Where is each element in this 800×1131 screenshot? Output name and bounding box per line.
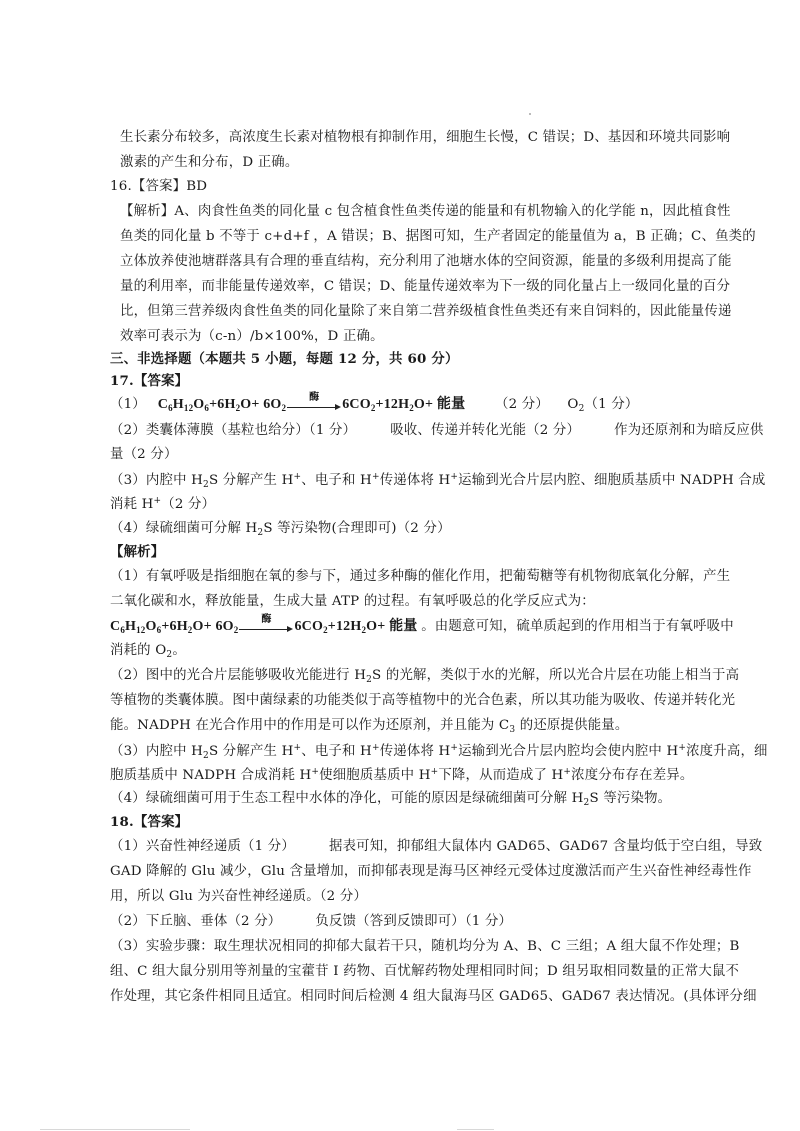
q17-answer-part4: （4）绿硫细菌可分解 H2S 等污染物(合理即可)（2 分） <box>110 520 690 538</box>
reaction-arrow-icon: 酶 <box>239 620 293 634</box>
footer-divider <box>40 1129 190 1130</box>
text-line: 立体放养使池塘群落具有合理的垂直结构，充分利用了池塘水体的空间资源，能量的多级利… <box>120 253 700 271</box>
text-line: 能。NADPH 在光合作用中的作用是可以作为还原剂，并且能为 C3 的还原提供能… <box>110 717 690 735</box>
respiration-equation: C6H12O6+6H2O+ 6O2酶6CO2+12H2O+ 能量 <box>110 619 421 634</box>
text-line: 胞质基质中 NADPH 合成消耗 H+使细胞质基质中 H+下降，从而造成了 H+… <box>110 767 690 785</box>
text-line: （4）绿硫细菌可用于生态工程中水体的净化，可能的原因是绿硫细菌可分解 H2S 等… <box>110 790 690 808</box>
text-line: 量的利用率，而非能量传递效率，C 错误；D、能量传递效率为下一级的同化量占上一级… <box>120 278 700 296</box>
scan-speck <box>529 113 531 115</box>
text-line: （3）内腔中 H2S 分解产生 H+、电子和 H+传递体将 H+运输到光合片层内… <box>110 743 690 761</box>
text-line: GAD 降解的 Glu 减少，Glu 含量增加，而抑郁表现是海马区神经元受体过度… <box>110 863 690 881</box>
text-line: 等植物的类囊体膜。图中菌绿素的功能类似于高等植物中的光合色素，所以其功能为吸收、… <box>110 692 690 710</box>
q18-answer-part1: （1）兴奋性神经递质（1 分）据表可知，抑郁组大鼠体内 GAD65、GAD67 … <box>110 838 690 856</box>
text-line: 效率可表示为（c-n）/b×100%，D 正确。 <box>120 328 700 346</box>
question-16-answer: 16.【答案】BD <box>110 178 690 196</box>
respiration-equation: C6H12O6+6H2O+ 6O2酶6CO2+12H2O+ 能量 <box>150 397 469 412</box>
q18-answer-part2: （2）下丘脑、垂体（2 分）负反馈（答到反馈即可）（1 分） <box>110 913 690 931</box>
text-line: 比，但第三营养级肉食性鱼类的同化量除了来自第二营养级植食性鱼类还有来自饲料的，因… <box>120 303 700 321</box>
text-line: 激素的产生和分布，D 正确。 <box>120 154 700 172</box>
text-line: 消耗的 O2。 <box>110 642 690 660</box>
text-line: 量（2 分） <box>110 446 690 464</box>
reaction-arrow-icon: 酶 <box>287 398 341 412</box>
q18-answer-part3: （3）实验步骤：取生理状况相同的抑郁大鼠若干只，随机均分为 A、B、C 三组；A… <box>110 938 690 956</box>
section-heading: 三、非选择题（本题共 5 小题，每题 12 分，共 60 分） <box>110 350 690 368</box>
text-line: 用，所以 Glu 为兴奋性神经递质。（2 分） <box>110 888 690 906</box>
text-line: 生长素分布较多，高浓度生长素对植物根有抑制作用，细胞生长慢，C 错误；D、基因和… <box>120 129 700 147</box>
q17-answer-part3: （3）内腔中 H2S 分解产生 H+、电子和 H+传递体将 H+运输到光合片层内… <box>110 472 690 490</box>
text-line: （2）图中的光合片层能够吸收光能进行 H2S 的光解，类似于水的光解，所以光合片… <box>110 667 690 685</box>
q17-answer-part1: （1） C6H12O6+6H2O+ 6O2酶6CO2+12H2O+ 能量 （2 … <box>110 396 690 414</box>
text-line: 消耗 H+（2 分） <box>110 496 690 514</box>
q17-answer-part2: （2）类囊体薄膜（基粒也给分）（1 分）吸收、传递并转化光能（2 分）作为还原剂… <box>110 422 690 440</box>
text-line: 【解析】A、肉食性鱼类的同化量 c 包含植食性鱼类传递的能量和有机物输入的化学能… <box>120 203 700 221</box>
text-line: 组、C 组大鼠分别用等剂量的宝藿苷 I 药物、百忧解药物处理相同时间；D 组另取… <box>110 963 690 981</box>
text-line: 二氧化碳和水，释放能量，生成大量 ATP 的过程。有氧呼吸总的化学反应式为： <box>110 593 690 611</box>
text-line: 鱼类的同化量 b 不等于 c+d+f ，A 错误；B、据图可知，生产者固定的能量… <box>120 228 700 246</box>
footer-divider <box>457 1129 494 1130</box>
document-page: 生长素分布较多，高浓度生长素对植物根有抑制作用，细胞生长慢，C 错误；D、基因和… <box>0 0 800 1131</box>
text-line: 作处理，其它条件相同且适宜。相同时间后检测 4 组大鼠海马区 GAD65、GAD… <box>110 988 690 1006</box>
analysis-heading: 【解析】 <box>110 543 690 561</box>
text-line: （1）有氧呼吸是指细胞在氧的参与下，通过多种酶的催化作用，把葡萄糖等有机物彻底氧… <box>110 568 690 586</box>
analysis-equation-line: C6H12O6+6H2O+ 6O2酶6CO2+12H2O+ 能量 。由题意可知，… <box>110 618 690 636</box>
question-18-heading: 18.【答案】 <box>110 813 690 831</box>
question-17-heading: 17.【答案】 <box>110 372 690 390</box>
